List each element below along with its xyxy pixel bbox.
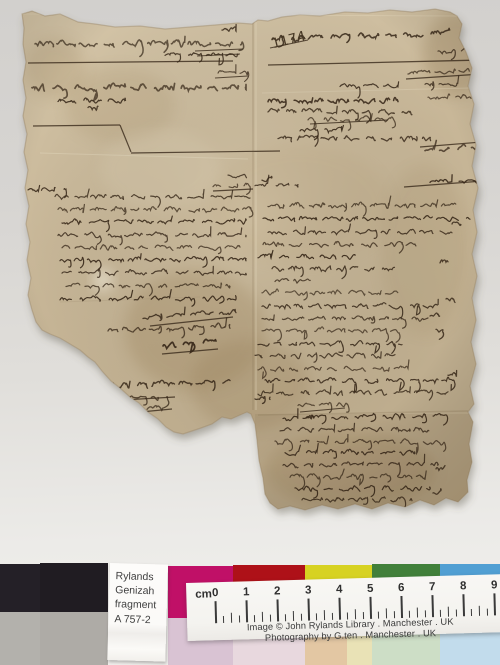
ruler-tick-minor	[448, 607, 450, 617]
color-patch-black-b	[40, 563, 108, 612]
ruler-tick-minor	[269, 615, 271, 622]
ruler-tick-minor	[409, 611, 411, 618]
ruler-tick-minor	[355, 609, 357, 619]
ruler-tick-minor	[231, 613, 233, 623]
ruler-tick-minor	[386, 608, 388, 618]
ruler-tick-major	[370, 597, 372, 619]
color-patch-gray-a	[0, 612, 40, 665]
ruler-tick-major	[308, 599, 310, 621]
ruler-tick-major	[215, 601, 217, 623]
ruler-tick-minor	[455, 609, 457, 616]
ruler-number: 0	[212, 587, 219, 599]
color-patch-gray-b	[40, 612, 108, 665]
manuscript-photo: 1174	[0, 0, 500, 560]
ruler-tick-minor	[424, 610, 426, 617]
ruler-number: 8	[460, 580, 467, 592]
ruler-unit-label: cm	[195, 588, 212, 600]
shelfmark-line-1: Rylands	[115, 569, 167, 585]
ruler-tick-major	[401, 596, 403, 618]
color-patch-black-a	[0, 564, 40, 612]
ruler-tick-minor	[393, 611, 395, 618]
ruler-number: 2	[274, 585, 281, 597]
ruler-number: 7	[429, 581, 436, 593]
ruler-tick-major	[494, 593, 496, 615]
ruler-tick-minor	[316, 613, 318, 620]
ruler-tick-major	[277, 599, 279, 621]
ruler: cm 0123456789 Image © John Rylands Libra…	[186, 574, 500, 641]
ruler-number: 9	[491, 579, 498, 591]
ruler-tick-minor	[293, 611, 295, 621]
shelfmark-line-3: fragment	[115, 598, 167, 614]
shelfmark-label: Rylands Genizah fragment A 757-2	[107, 563, 168, 662]
ruler-tick-major	[463, 594, 465, 616]
ruler-tick-minor	[262, 612, 264, 622]
ruler-tick-minor	[417, 608, 419, 618]
parchment-vignette	[22, 9, 478, 510]
ruler-tick-minor	[471, 609, 473, 616]
ruler-tick-minor	[347, 612, 349, 619]
photo-canvas: 1174 Rylands Genizah fragment A 757-2 cm…	[0, 0, 500, 665]
shelfmark-line-4: A 757-2	[114, 612, 166, 628]
ruler-tick-major	[339, 598, 341, 620]
ruler-number: 3	[305, 585, 312, 597]
ruler-tick-major	[432, 595, 434, 617]
ruler-tick-minor	[238, 616, 240, 623]
ruler-tick-minor	[362, 612, 364, 619]
ruler-number: 4	[336, 584, 343, 596]
ruler-tick-minor	[254, 615, 256, 622]
ruler-number: 5	[367, 583, 374, 595]
ruler-number: 1	[243, 586, 250, 598]
ruler-tick-minor	[324, 610, 326, 620]
ruler-number: 6	[398, 582, 405, 594]
ruler-tick-minor	[479, 606, 481, 616]
ruler-tick-major	[246, 600, 248, 622]
ruler-tick-minor	[300, 614, 302, 621]
shelfmark-line-2: Genizah	[115, 583, 167, 599]
